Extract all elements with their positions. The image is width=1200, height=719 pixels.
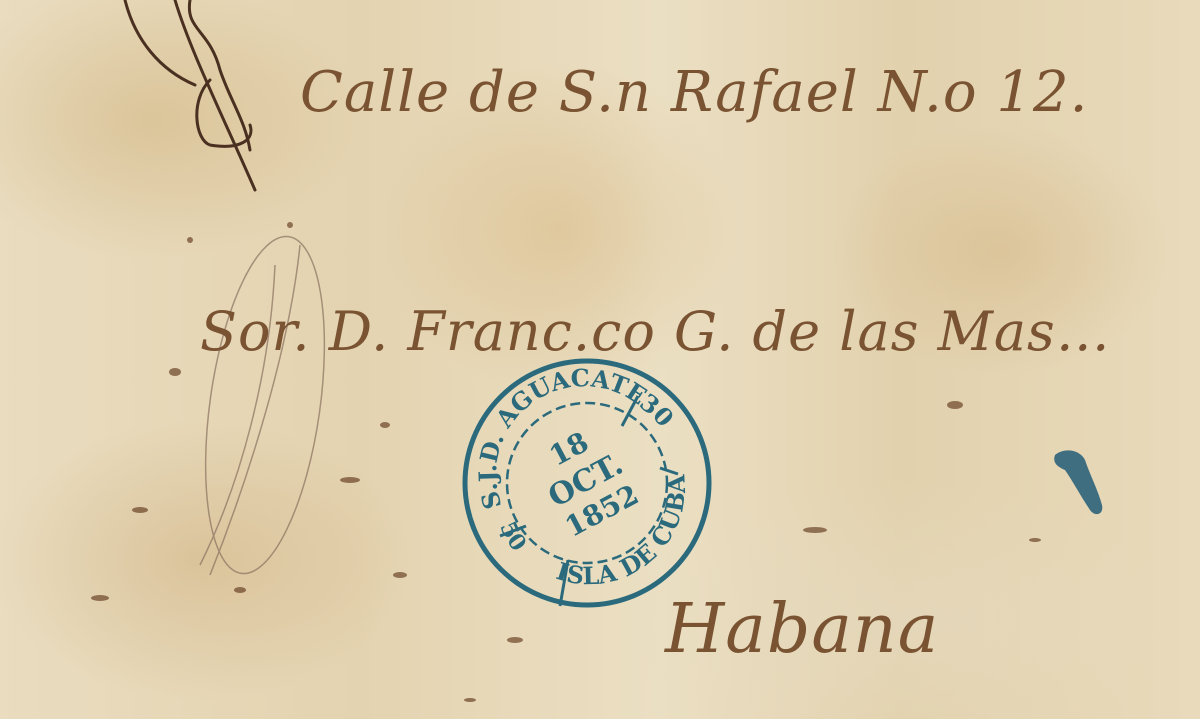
pencil-oval-mark	[180, 225, 340, 595]
postmark-rate-bottom: 50	[494, 518, 531, 556]
pen-doodle-mark	[110, 0, 300, 200]
circular-datestamp-postmark: S.J.D. AGUACATE 30 ISLA DE CUBA 50 18 OC…	[460, 356, 714, 610]
postal-cover: Calle de S.n Rafael N.o 12. Sor. D. Fran…	[0, 0, 1200, 719]
blue-ink-blot	[1050, 445, 1110, 520]
svg-text:50: 50	[494, 518, 531, 556]
address-recipient-line: Sor. D. Franc.co G. de las Mas…	[200, 300, 1111, 363]
address-street-line: Calle de S.n Rafael N.o 12.	[300, 60, 1088, 125]
